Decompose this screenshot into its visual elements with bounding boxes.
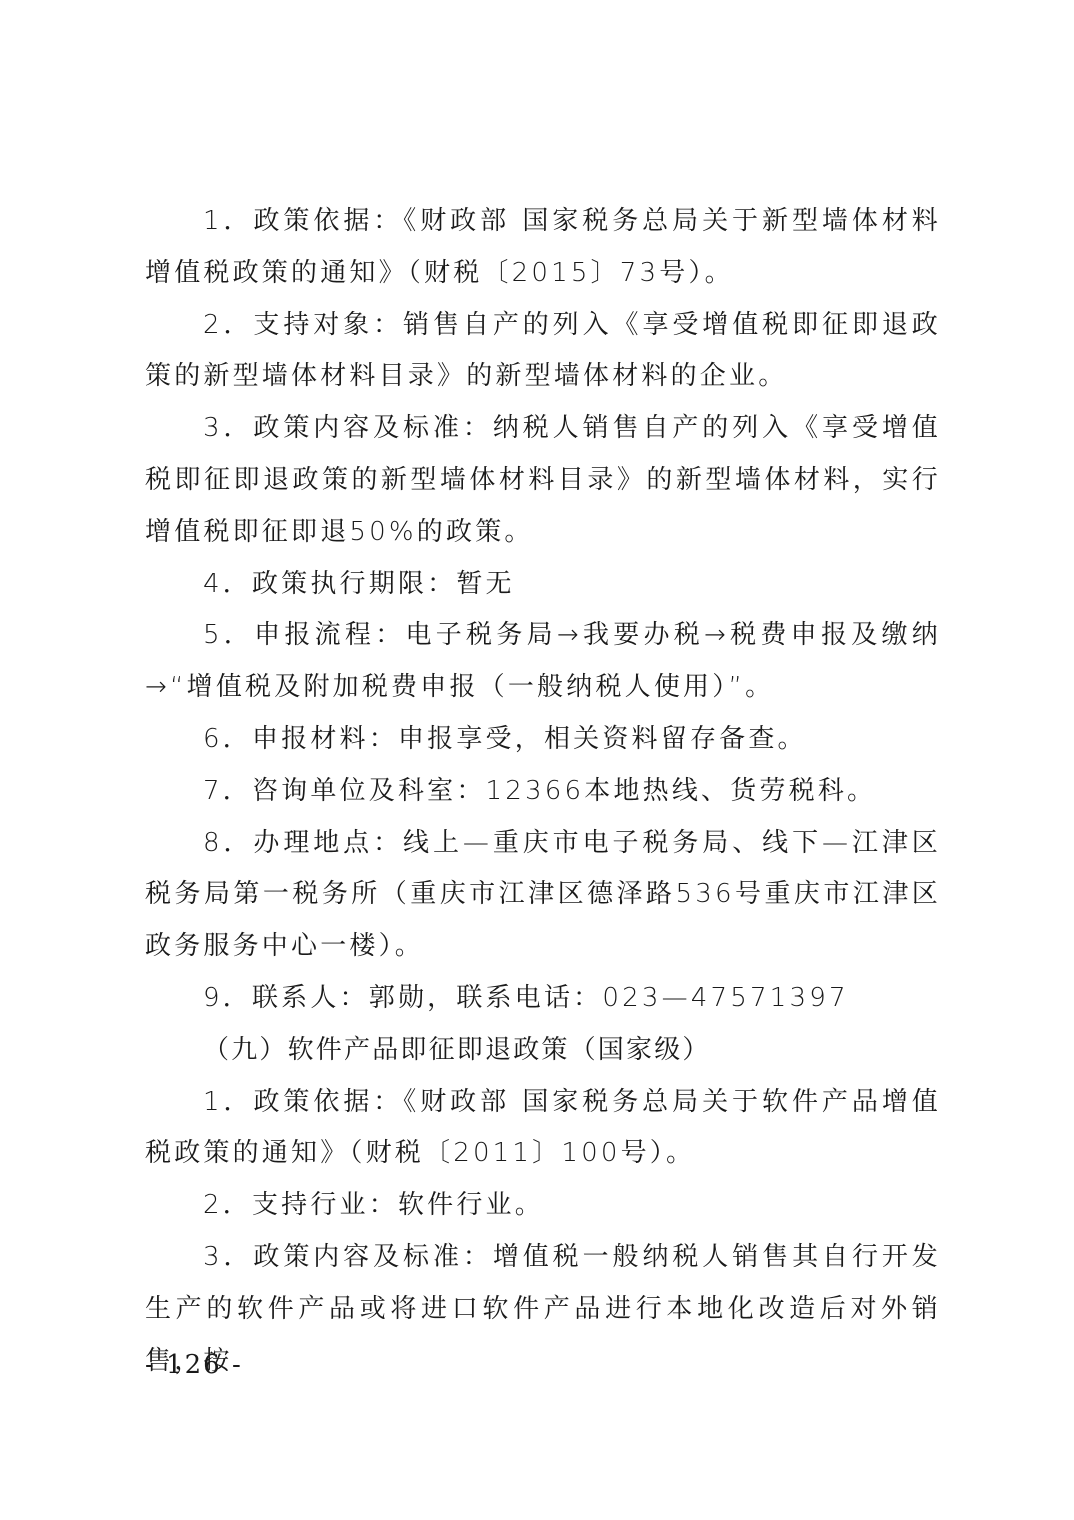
support-target-wall-materials: 2．支持对象：销售自产的列入《享受增值税即征即退政策的新型墙体材料目录》的新型墙… bbox=[145, 300, 941, 404]
declaration-materials: 6．申报材料：申报享受，相关资料留存备查。 bbox=[145, 714, 941, 766]
supported-industry-software: 2．支持行业：软件行业。 bbox=[145, 1180, 941, 1232]
page-number: - 126 - bbox=[145, 1350, 243, 1380]
section-heading-software-policy: （九）软件产品即征即退政策（国家级） bbox=[145, 1025, 941, 1077]
consulting-unit: 7．咨询单位及科室：12366本地热线、货劳税科。 bbox=[145, 766, 941, 818]
policy-basis-software: 1．政策依据：《财政部 国家税务总局关于软件产品增值税政策的通知》（财税〔201… bbox=[145, 1077, 941, 1181]
policy-content-wall-materials: 3．政策内容及标准：纳税人销售自产的列入《享受增值税即征即退政策的新型墙体材料目… bbox=[145, 403, 941, 558]
policy-period: 4．政策执行期限：暂无 bbox=[145, 559, 941, 611]
policy-content-software: 3．政策内容及标准：增值税一般纳税人销售其自行开发生产的软件产品或将进口软件产品… bbox=[145, 1232, 941, 1387]
document-page: 1．政策依据：《财政部 国家税务总局关于新型墙体材料增值税政策的通知》（财税〔2… bbox=[145, 196, 941, 1387]
declaration-process: 5．申报流程：电子税务局→我要办税→税费申报及缴纳→“增值税及附加税费申报（一般… bbox=[145, 610, 941, 714]
handling-location: 8．办理地点：线上—重庆市电子税务局、线下—江津区税务局第一税务所（重庆市江津区… bbox=[145, 818, 941, 973]
contact-info: 9．联系人：郭勋，联系电话：023—47571397 bbox=[145, 973, 941, 1025]
policy-basis-wall-materials: 1．政策依据：《财政部 国家税务总局关于新型墙体材料增值税政策的通知》（财税〔2… bbox=[145, 196, 941, 300]
